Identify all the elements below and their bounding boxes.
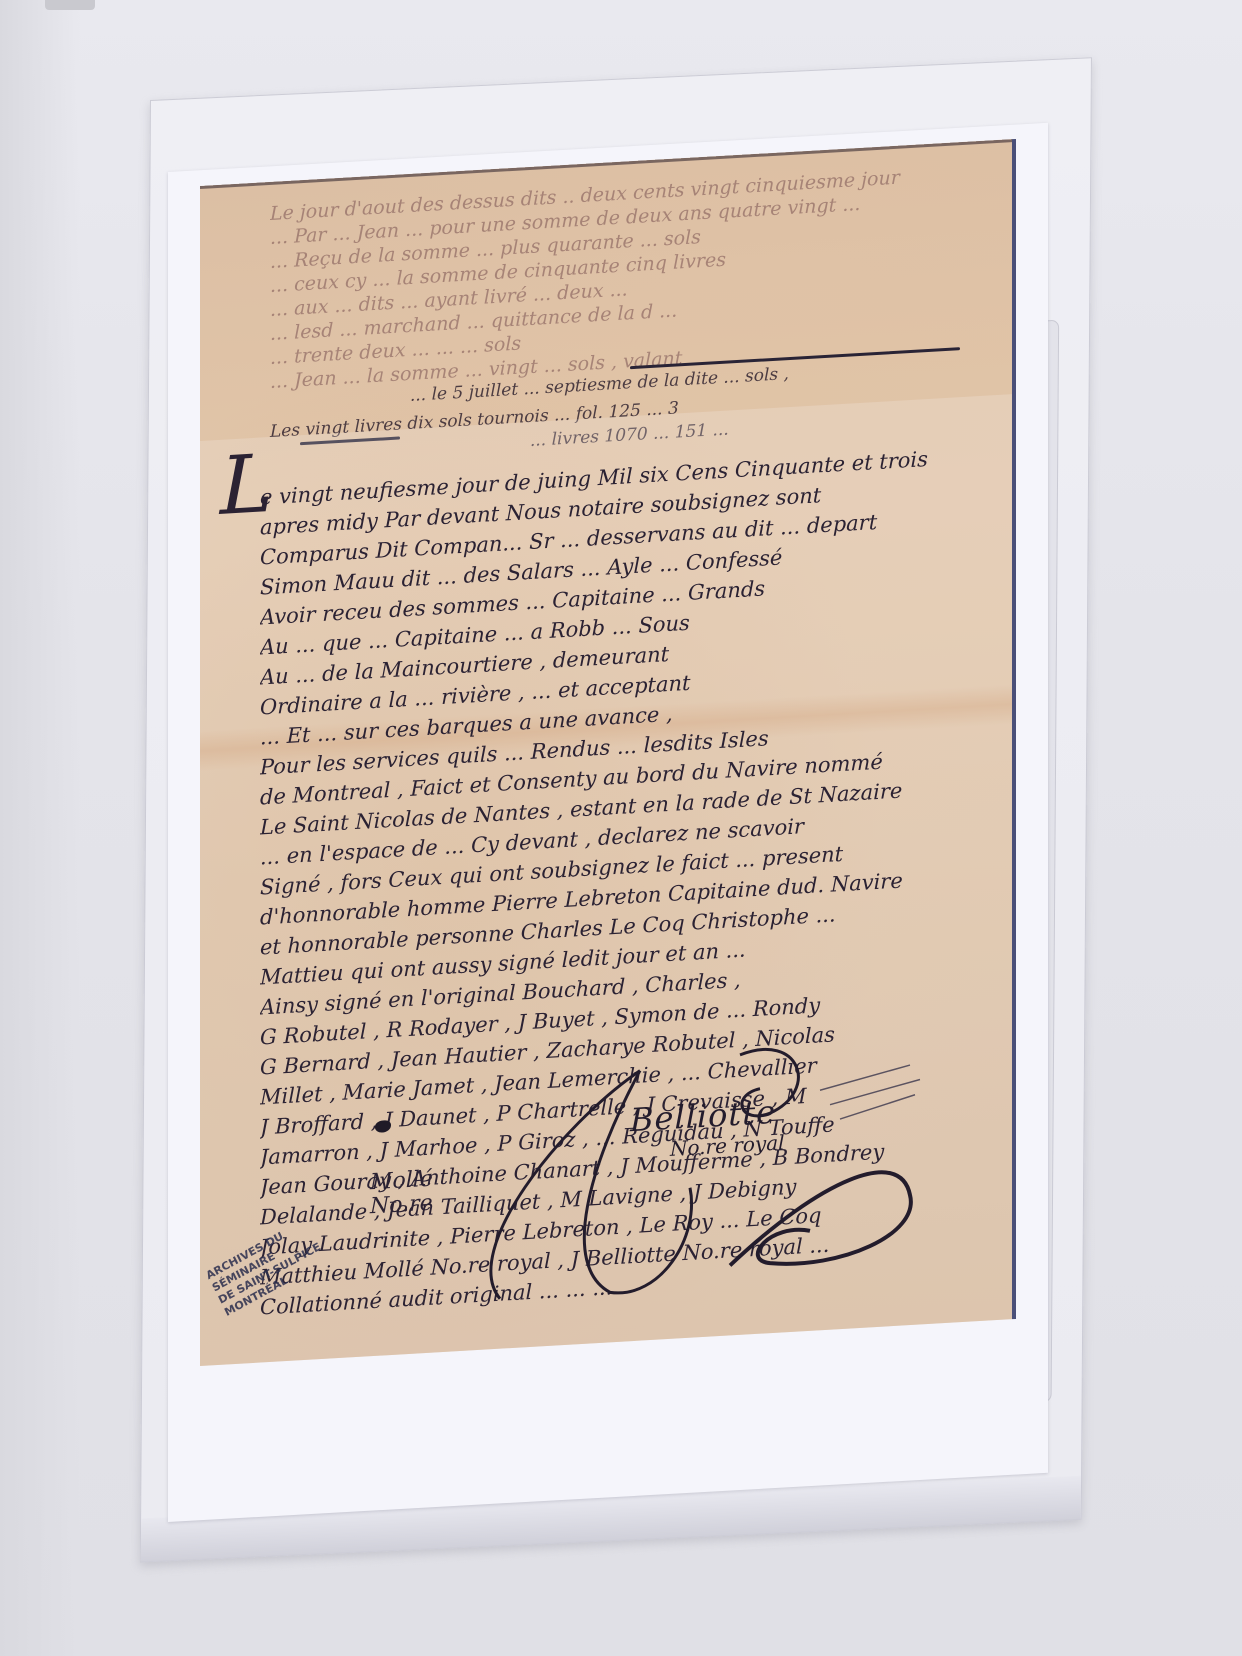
frame-corner-tab [45,0,95,10]
faded-upper-text: Le jour d'aout des dessus dits .. deux c… [270,160,990,442]
signature-title: No.re [370,1192,433,1220]
notary-signature-belliotte: Belliotte No.re royal [630,1092,785,1163]
signature-flourish-icon [440,1022,960,1312]
manuscript-page: Le jour d'aout des dessus dits .. deux c… [200,139,1016,1366]
wall-shadow [0,0,80,1656]
notary-signature-molle: Mollé No.re [370,1168,433,1220]
